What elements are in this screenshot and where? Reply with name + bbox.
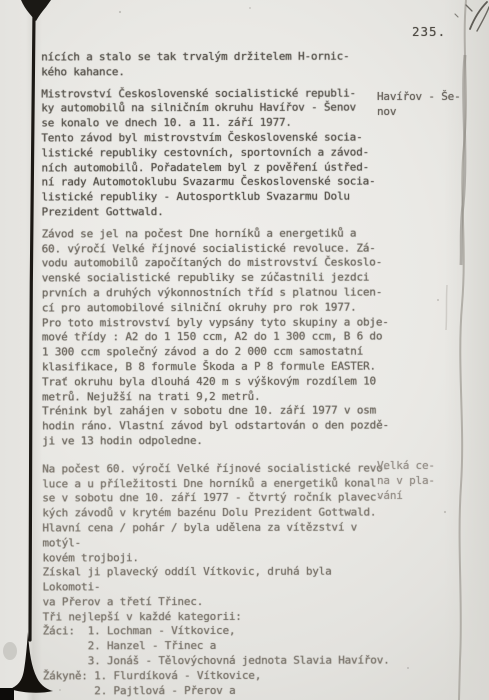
corner-pen-mark xyxy=(455,2,489,31)
page-number: 235. xyxy=(412,24,446,39)
paragraph-car-championship: Mistrovství Československé socialistické… xyxy=(41,86,393,220)
paragraph-race-details: Závod se jel na počest Dne horníků a ene… xyxy=(42,226,395,449)
paragraph-swimming-grand-prix: Na počest 60. výročí Velké říjnové socia… xyxy=(42,461,395,699)
margin-note-havirov-senov: Havířov - Še- nov xyxy=(377,90,477,120)
paragraph-miner-lamp-continuation: nících a stalo se tak trvalým držitelem … xyxy=(41,50,393,81)
document-body: nících a stalo se tak trvalým držitelem … xyxy=(41,50,395,699)
margin-note-velka-cena-v-plavani: Velká ce- na v pla- vání xyxy=(377,459,477,503)
scanned-chronicle-page: 235. nících a stalo se tak trvalým držit… xyxy=(0,0,489,700)
